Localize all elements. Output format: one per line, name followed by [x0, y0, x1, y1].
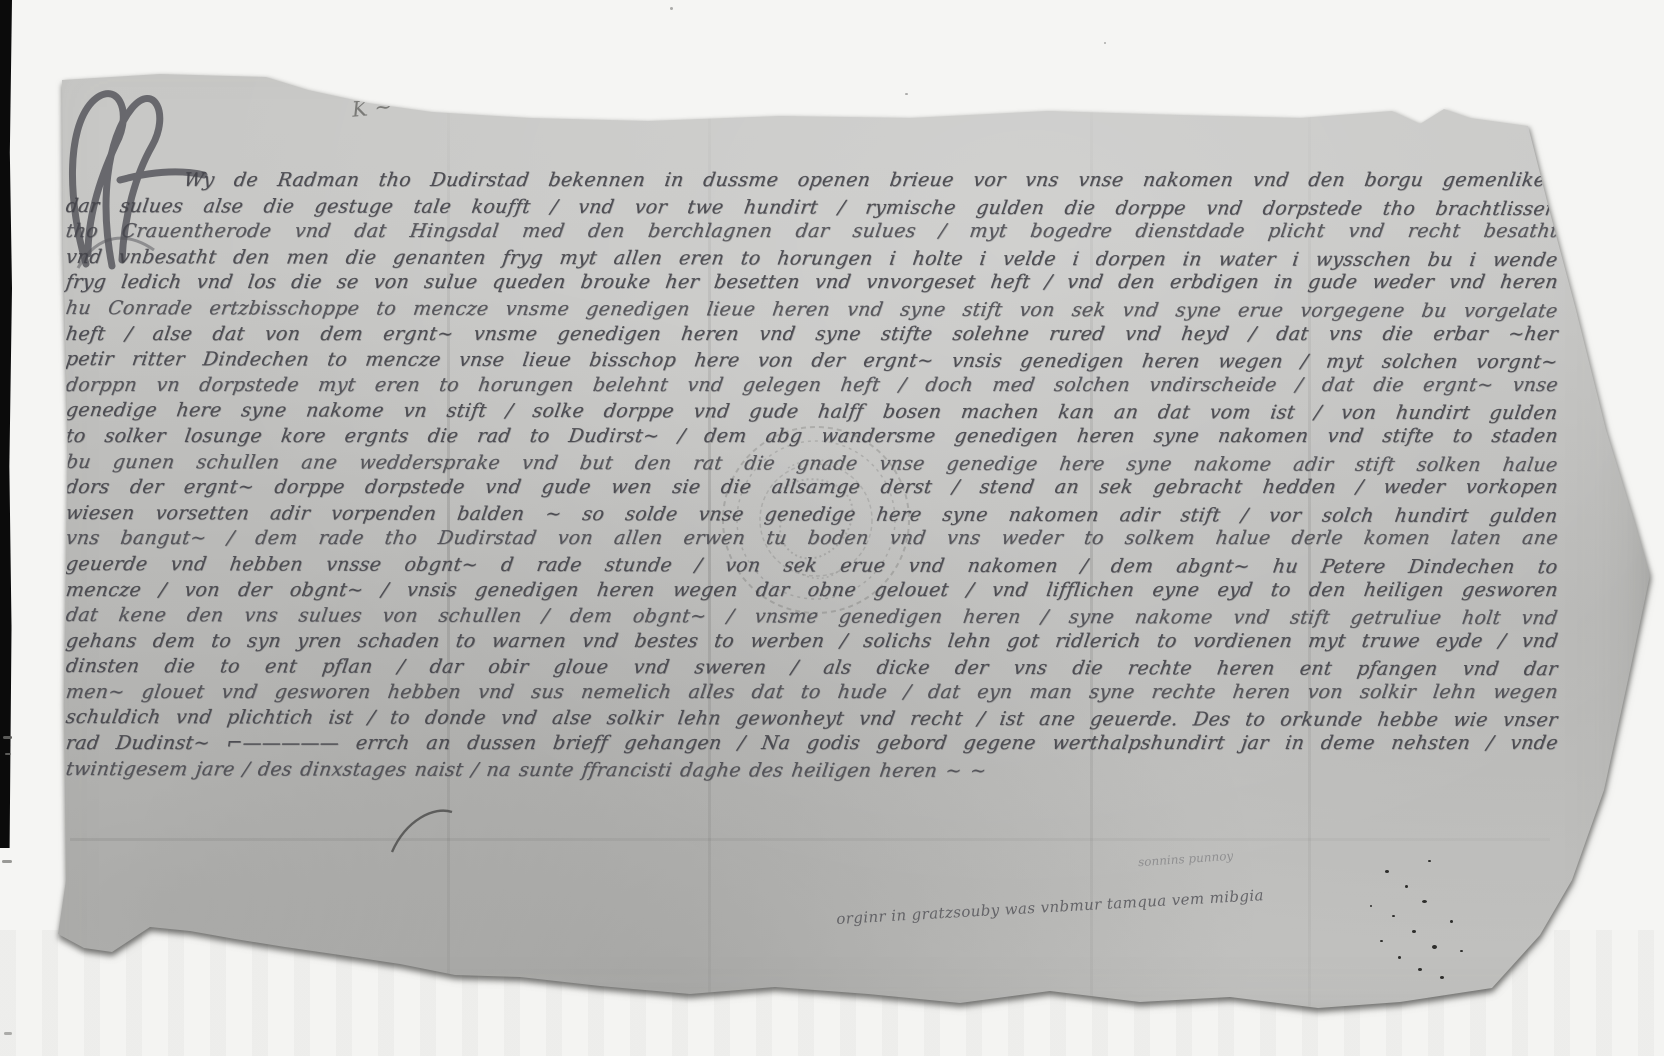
- parchment-wrapper: K ~ Wy de Radman tho Dudirstad bekennen …: [0, 0, 1664, 1056]
- manuscript-line: men~ glouet vnd gesworen hebben vnd sus …: [64, 680, 1560, 706]
- stray-mark: [388, 804, 458, 856]
- manuscript-line: schuldich vnd plichtich ist / to donde v…: [64, 705, 1559, 734]
- manuscript-line: hu Conrade ertzbisschoppe to mencze vnsm…: [64, 296, 1559, 325]
- manuscript-line: dorppn vn dorpstede myt eren to horungen…: [64, 373, 1560, 399]
- manuscript-line: dar sulues alse die gestuge tale koufft …: [64, 194, 1559, 223]
- scanned-charter-photo: K ~ Wy de Radman tho Dudirstad bekennen …: [0, 0, 1664, 1056]
- manuscript-line: rad Dudinst~ ⌐————— errch an dussen brie…: [64, 731, 1560, 757]
- manuscript-line: petir ritter Dindechen to mencze vnse li…: [64, 347, 1559, 376]
- manuscript-line: tho Crauentherode vnd dat Hingsdal med d…: [64, 219, 1560, 245]
- manuscript-line: twintigesem jare / des dinxstages naist …: [64, 757, 1559, 786]
- manuscript-line: fryg ledich vnd los die se von sulue que…: [64, 270, 1560, 296]
- manuscript-line: dinsten die to ent pflan / dar obir glou…: [64, 654, 1559, 683]
- manuscript-line: gehans dem to syn yren schaden to warnen…: [64, 629, 1560, 655]
- parchment-sheet: K ~ Wy de Radman tho Dudirstad bekennen …: [0, 0, 1664, 1056]
- manuscript-line: Wy de Radman tho Dudirstad bekennen in d…: [64, 168, 1560, 194]
- fold-crease: [70, 838, 1550, 841]
- manuscript-line: heft / alse dat von dem ergnt~ vnsme gen…: [64, 322, 1560, 348]
- margin-mark: K ~: [351, 94, 393, 121]
- seal-impression: [718, 422, 914, 618]
